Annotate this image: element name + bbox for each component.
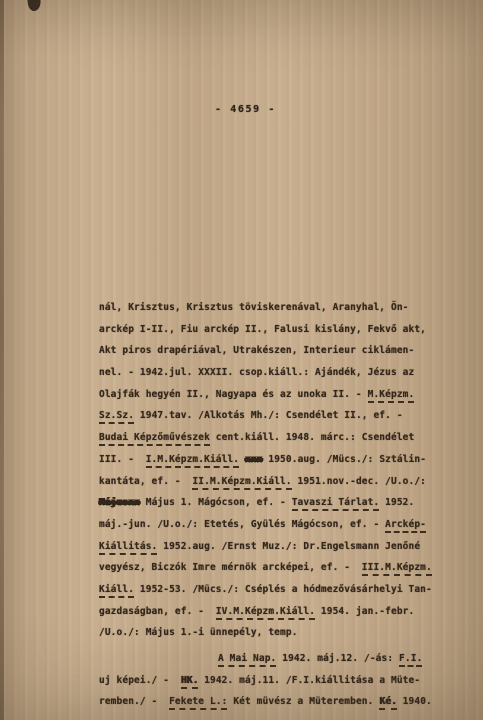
text-segment: máj.-jun. /U.o./: Etetés, Gyülés Mágócso… <box>99 519 385 530</box>
text-line: Budai Képzőművészek cent.kiáll. 1948. má… <box>99 427 444 449</box>
document-body: nál, Krisztus, Krisztus töviskerenával, … <box>99 297 444 713</box>
underlined-text: I.M.Képzm.Kiáll. <box>146 454 239 468</box>
underlined-text: Kiáll. <box>99 584 134 598</box>
text-line: remben./ - Fekete L.: Két müvész a Müter… <box>99 691 444 713</box>
text-segment: 1952-53. /Mücs./: Cséplés a hódmezővásár… <box>134 584 432 595</box>
underlined-text: Budai Képzőművészek <box>99 432 210 446</box>
underlined-text: HK. <box>181 675 199 689</box>
text-segment: uj képei./ - <box>99 675 181 686</box>
text-line: Olajfák hegyén II., Nagyapa és az unoka … <box>99 384 444 406</box>
struck-text: xxx <box>245 454 263 465</box>
entry-paragraph: nál, Krisztus, Krisztus töviskerenával, … <box>99 297 444 644</box>
text-line: A Mai Nap. 1942. máj.12. /-ás: F.I. <box>99 648 444 670</box>
text-segment: vegyész, Biczók Imre mérnök arcképei, ef… <box>99 562 362 573</box>
text-line: Sz.Sz. 1947.tav. /Alkotás Mh./: Csendéle… <box>99 405 444 427</box>
text-segment: Olajfák hegyén II., Nagyapa és az unoka … <box>99 389 368 400</box>
underlined-text: IV.M.Képzm.Kiáll. <box>216 606 315 620</box>
text-segment: cent.kiáll. 1948. márc.: Csendélet <box>210 432 414 443</box>
text-line: vegyész, Biczók Imre mérnök arcképei, ef… <box>99 557 444 579</box>
underlined-text: Sz.Sz. <box>99 410 134 424</box>
ink-blemish <box>27 0 42 12</box>
page-number: - 4659 - <box>215 104 276 115</box>
text-segment: 1950.aug. /Mücs./: Sztálin- <box>263 454 427 465</box>
text-segment: Akt piros drapériával, Utrakészen, Inter… <box>99 345 414 356</box>
text-line: máj.-jun. /U.o./: Etetés, Gyülés Mágócso… <box>99 514 444 536</box>
text-segment: nel. - 1942.jul. XXXII. csop.kiáll.: Ajá… <box>99 367 414 378</box>
underlined-text: Ké. <box>379 696 397 710</box>
text-segment: III. - <box>99 454 146 465</box>
underlined-text: II.M.Képzm.Kiáll. <box>192 476 291 490</box>
text-segment: Május 1. Mágócson, ef. - <box>140 497 292 508</box>
text-segment: Két müvész a Müteremben. <box>227 696 379 707</box>
text-line: Akt piros drapériával, Utrakészen, Inter… <box>99 340 444 362</box>
underlined-text: Fekete L.: <box>169 696 227 710</box>
text-line: Kiállitás. 1952.aug. /Ernst Muz./: Dr.En… <box>99 536 444 558</box>
underlined-text: Kiállitás. <box>99 541 157 555</box>
text-segment: arckép I-II., Fiu arckép II., Falusi kis… <box>99 324 426 335</box>
text-segment: nál, Krisztus, Krisztus töviskerenával, … <box>99 302 409 313</box>
text-line: uj képei./ - HK. 1942. máj.11. /F.I.kiál… <box>99 670 444 692</box>
text-line: nel. - 1942.jul. XXXII. csop.kiáll.: Ajá… <box>99 362 444 384</box>
bibliography-paragraph: A Mai Nap. 1942. máj.12. /-ás: F.I.uj ké… <box>99 648 444 713</box>
text-line: gazdaságban, ef. - IV.M.Képzm.Kiáll. 195… <box>99 601 444 623</box>
struck-text: Májusxx <box>99 497 140 508</box>
text-segment: 1942. máj.11. /F.I.kiállitása a Müte- <box>198 675 420 686</box>
underlined-text: III.M.Képzm. <box>362 562 432 576</box>
scan-left-edge <box>0 0 4 720</box>
underlined-text: A Mai Nap. <box>218 653 276 667</box>
text-segment: 1951.nov.-dec. /U.o./: <box>292 476 426 487</box>
text-line: Kiáll. 1952-53. /Mücs./: Cséplés a hódme… <box>99 579 444 601</box>
text-segment: 1952.aug. /Ernst Muz./: Dr.Engelsmann Je… <box>157 541 420 552</box>
text-line: kantáta, ef. - II.M.Képzm.Kiáll. 1951.no… <box>99 471 444 493</box>
text-line: nál, Krisztus, Krisztus töviskerenával, … <box>99 297 444 319</box>
text-segment: 1940. <box>397 696 432 707</box>
text-segment: 1942. máj.12. /-ás: <box>276 653 399 664</box>
text-segment: gazdaságban, ef. - <box>99 606 216 617</box>
underlined-text: M.Képzm. <box>368 389 415 403</box>
text-segment: kantáta, ef. - <box>99 476 192 487</box>
underlined-text: Arckép- <box>385 519 426 533</box>
text-segment: remben./ - <box>99 696 169 707</box>
text-line: /U.o./: Május 1.-i ünnepély, temp. <box>99 622 444 644</box>
underlined-text: Tavaszi Tárlat. <box>292 497 380 511</box>
underlined-text: F.I. <box>399 653 422 667</box>
text-segment: 1952. <box>379 497 414 508</box>
text-segment: 1947.tav. /Alkotás Mh./: Csendélet II., … <box>134 410 403 421</box>
text-segment: /U.o./: Május 1.-i ünnepély, temp. <box>99 627 298 638</box>
text-segment: 1954. jan.-febr. <box>315 606 414 617</box>
text-line: III. - I.M.Képzm.Kiáll. xxx 1950.aug. /M… <box>99 449 444 471</box>
text-line: Májusxx Május 1. Mágócson, ef. - Tavaszi… <box>99 492 444 514</box>
text-line: arckép I-II., Fiu arckép II., Falusi kis… <box>99 319 444 341</box>
